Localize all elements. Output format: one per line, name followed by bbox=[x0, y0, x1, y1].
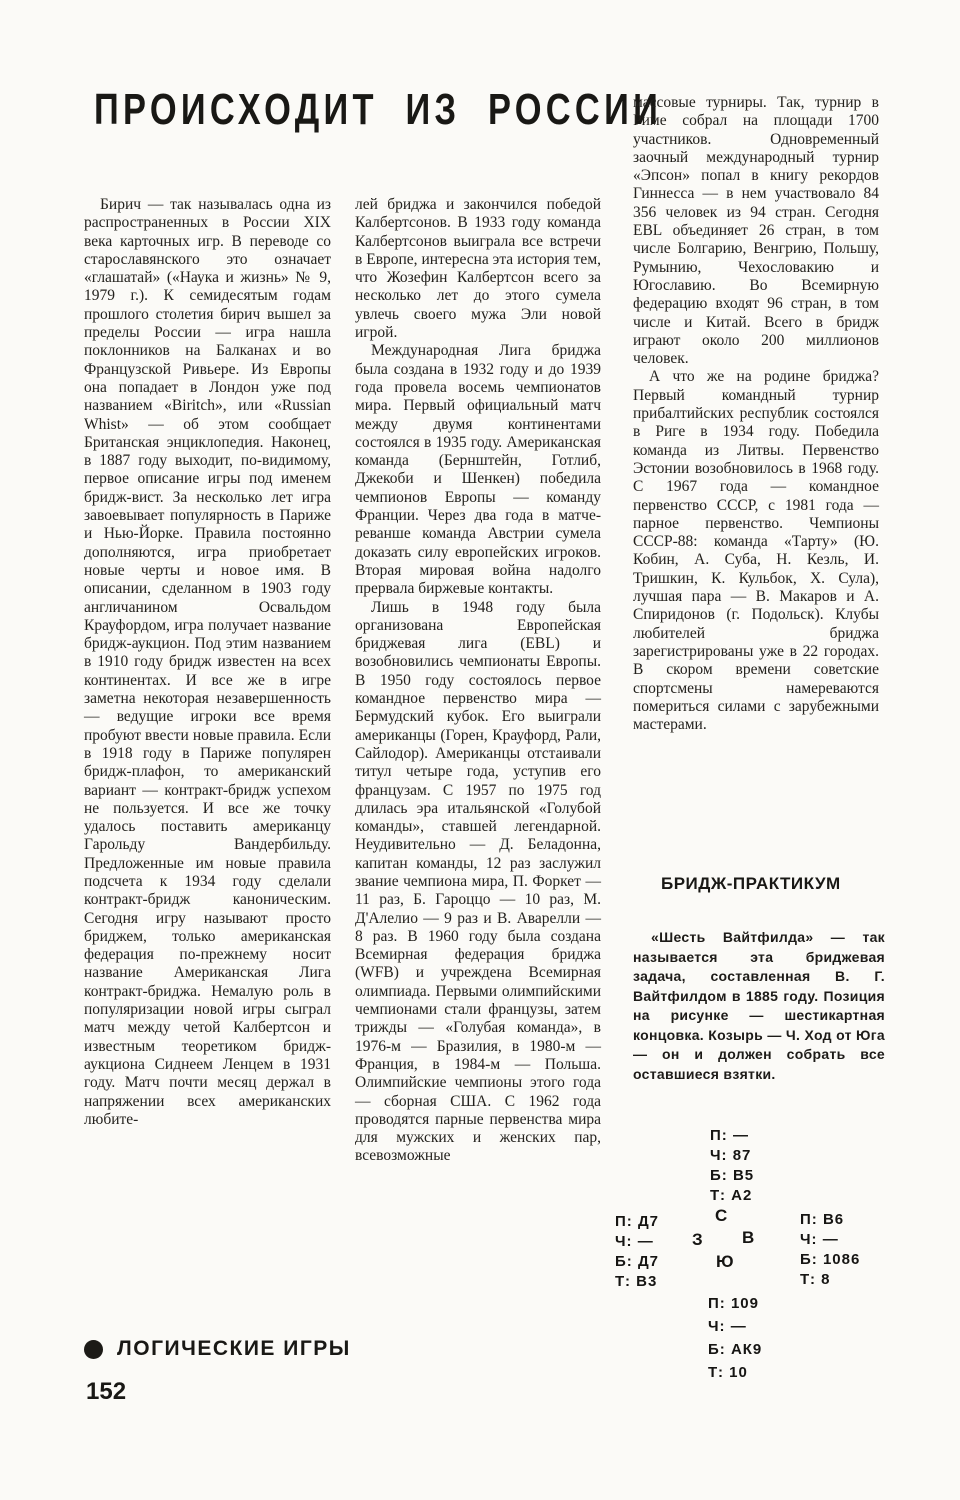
paragraph: Бирич — так называлась одна из распростр… bbox=[84, 196, 331, 1129]
page-number: 152 bbox=[86, 1378, 126, 1406]
north-hand: П: — Ч: 87 Б: В5 Т: А2 bbox=[710, 1126, 754, 1206]
south-hand-line: П: 109 bbox=[708, 1292, 762, 1315]
compass-west-label: З bbox=[692, 1230, 704, 1250]
section-rubric-label: ЛОГИЧЕСКИЕ ИГРЫ bbox=[117, 1337, 351, 1361]
text-column-1: Бирич — так называлась одна из распростр… bbox=[84, 196, 331, 1129]
practicum-problem-text: «Шесть Вайтфилда» — так называется эта б… bbox=[633, 928, 885, 1084]
west-hand-line: Б: Д7 bbox=[615, 1252, 659, 1272]
text-column-2: лей бриджа и закончился победой Калбертс… bbox=[355, 196, 601, 1166]
east-hand: П: В6 Ч: — Б: 1086 Т: 8 bbox=[800, 1210, 860, 1290]
south-hand-line: Т: 10 bbox=[708, 1361, 762, 1384]
south-hand-line: Ч: — bbox=[708, 1315, 762, 1338]
west-hand: П: Д7 Ч: — Б: Д7 Т: В3 bbox=[615, 1212, 659, 1292]
practicum-section-header: БРИДЖ-ПРАКТИКУМ bbox=[661, 874, 841, 894]
paragraph: массовые турниры. Так, турнир в Риме соб… bbox=[633, 94, 879, 368]
bridge-deal-diagram: П: — Ч: 87 Б: В5 Т: А2 П: Д7 Ч: — Б: Д7 … bbox=[615, 1124, 895, 1384]
east-hand-line: П: В6 bbox=[800, 1210, 860, 1230]
east-hand-line: Б: 1086 bbox=[800, 1250, 860, 1270]
north-hand-line: Ч: 87 bbox=[710, 1146, 754, 1166]
west-hand-line: П: Д7 bbox=[615, 1212, 659, 1232]
magazine-page: ПРОИСХОДИТ ИЗ РОССИИ Бирич — так называл… bbox=[0, 0, 960, 1500]
south-hand-line: Б: АК9 bbox=[708, 1338, 762, 1361]
west-hand-line: Т: В3 bbox=[615, 1272, 659, 1292]
paragraph: лей бриджа и закончился победой Калбертс… bbox=[355, 196, 601, 342]
section-rubric: ЛОГИЧЕСКИЕ ИГРЫ bbox=[84, 1337, 351, 1361]
compass-south-label: Ю bbox=[716, 1252, 735, 1272]
east-hand-line: Ч: — bbox=[800, 1230, 860, 1250]
north-hand-line: П: — bbox=[710, 1126, 754, 1146]
south-hand: П: 109 Ч: — Б: АК9 Т: 10 bbox=[708, 1292, 762, 1384]
compass-east-label: В bbox=[742, 1228, 755, 1248]
east-hand-line: Т: 8 bbox=[800, 1270, 860, 1290]
paragraph: Международная Лига бриджа была создана в… bbox=[355, 342, 601, 598]
paragraph: Лишь в 1948 году была организована Европ… bbox=[355, 599, 601, 1166]
compass-north-label: С bbox=[715, 1206, 728, 1226]
west-hand-line: Ч: — bbox=[615, 1232, 659, 1252]
bullet-icon bbox=[84, 1340, 103, 1359]
north-hand-line: Т: А2 bbox=[710, 1186, 754, 1206]
article-title: ПРОИСХОДИТ ИЗ РОССИИ bbox=[94, 86, 662, 135]
north-hand-line: Б: В5 bbox=[710, 1166, 754, 1186]
text-column-3: массовые турниры. Так, турнир в Риме соб… bbox=[633, 94, 879, 734]
paragraph: А что же на родине бриджа? Первый команд… bbox=[633, 368, 879, 734]
